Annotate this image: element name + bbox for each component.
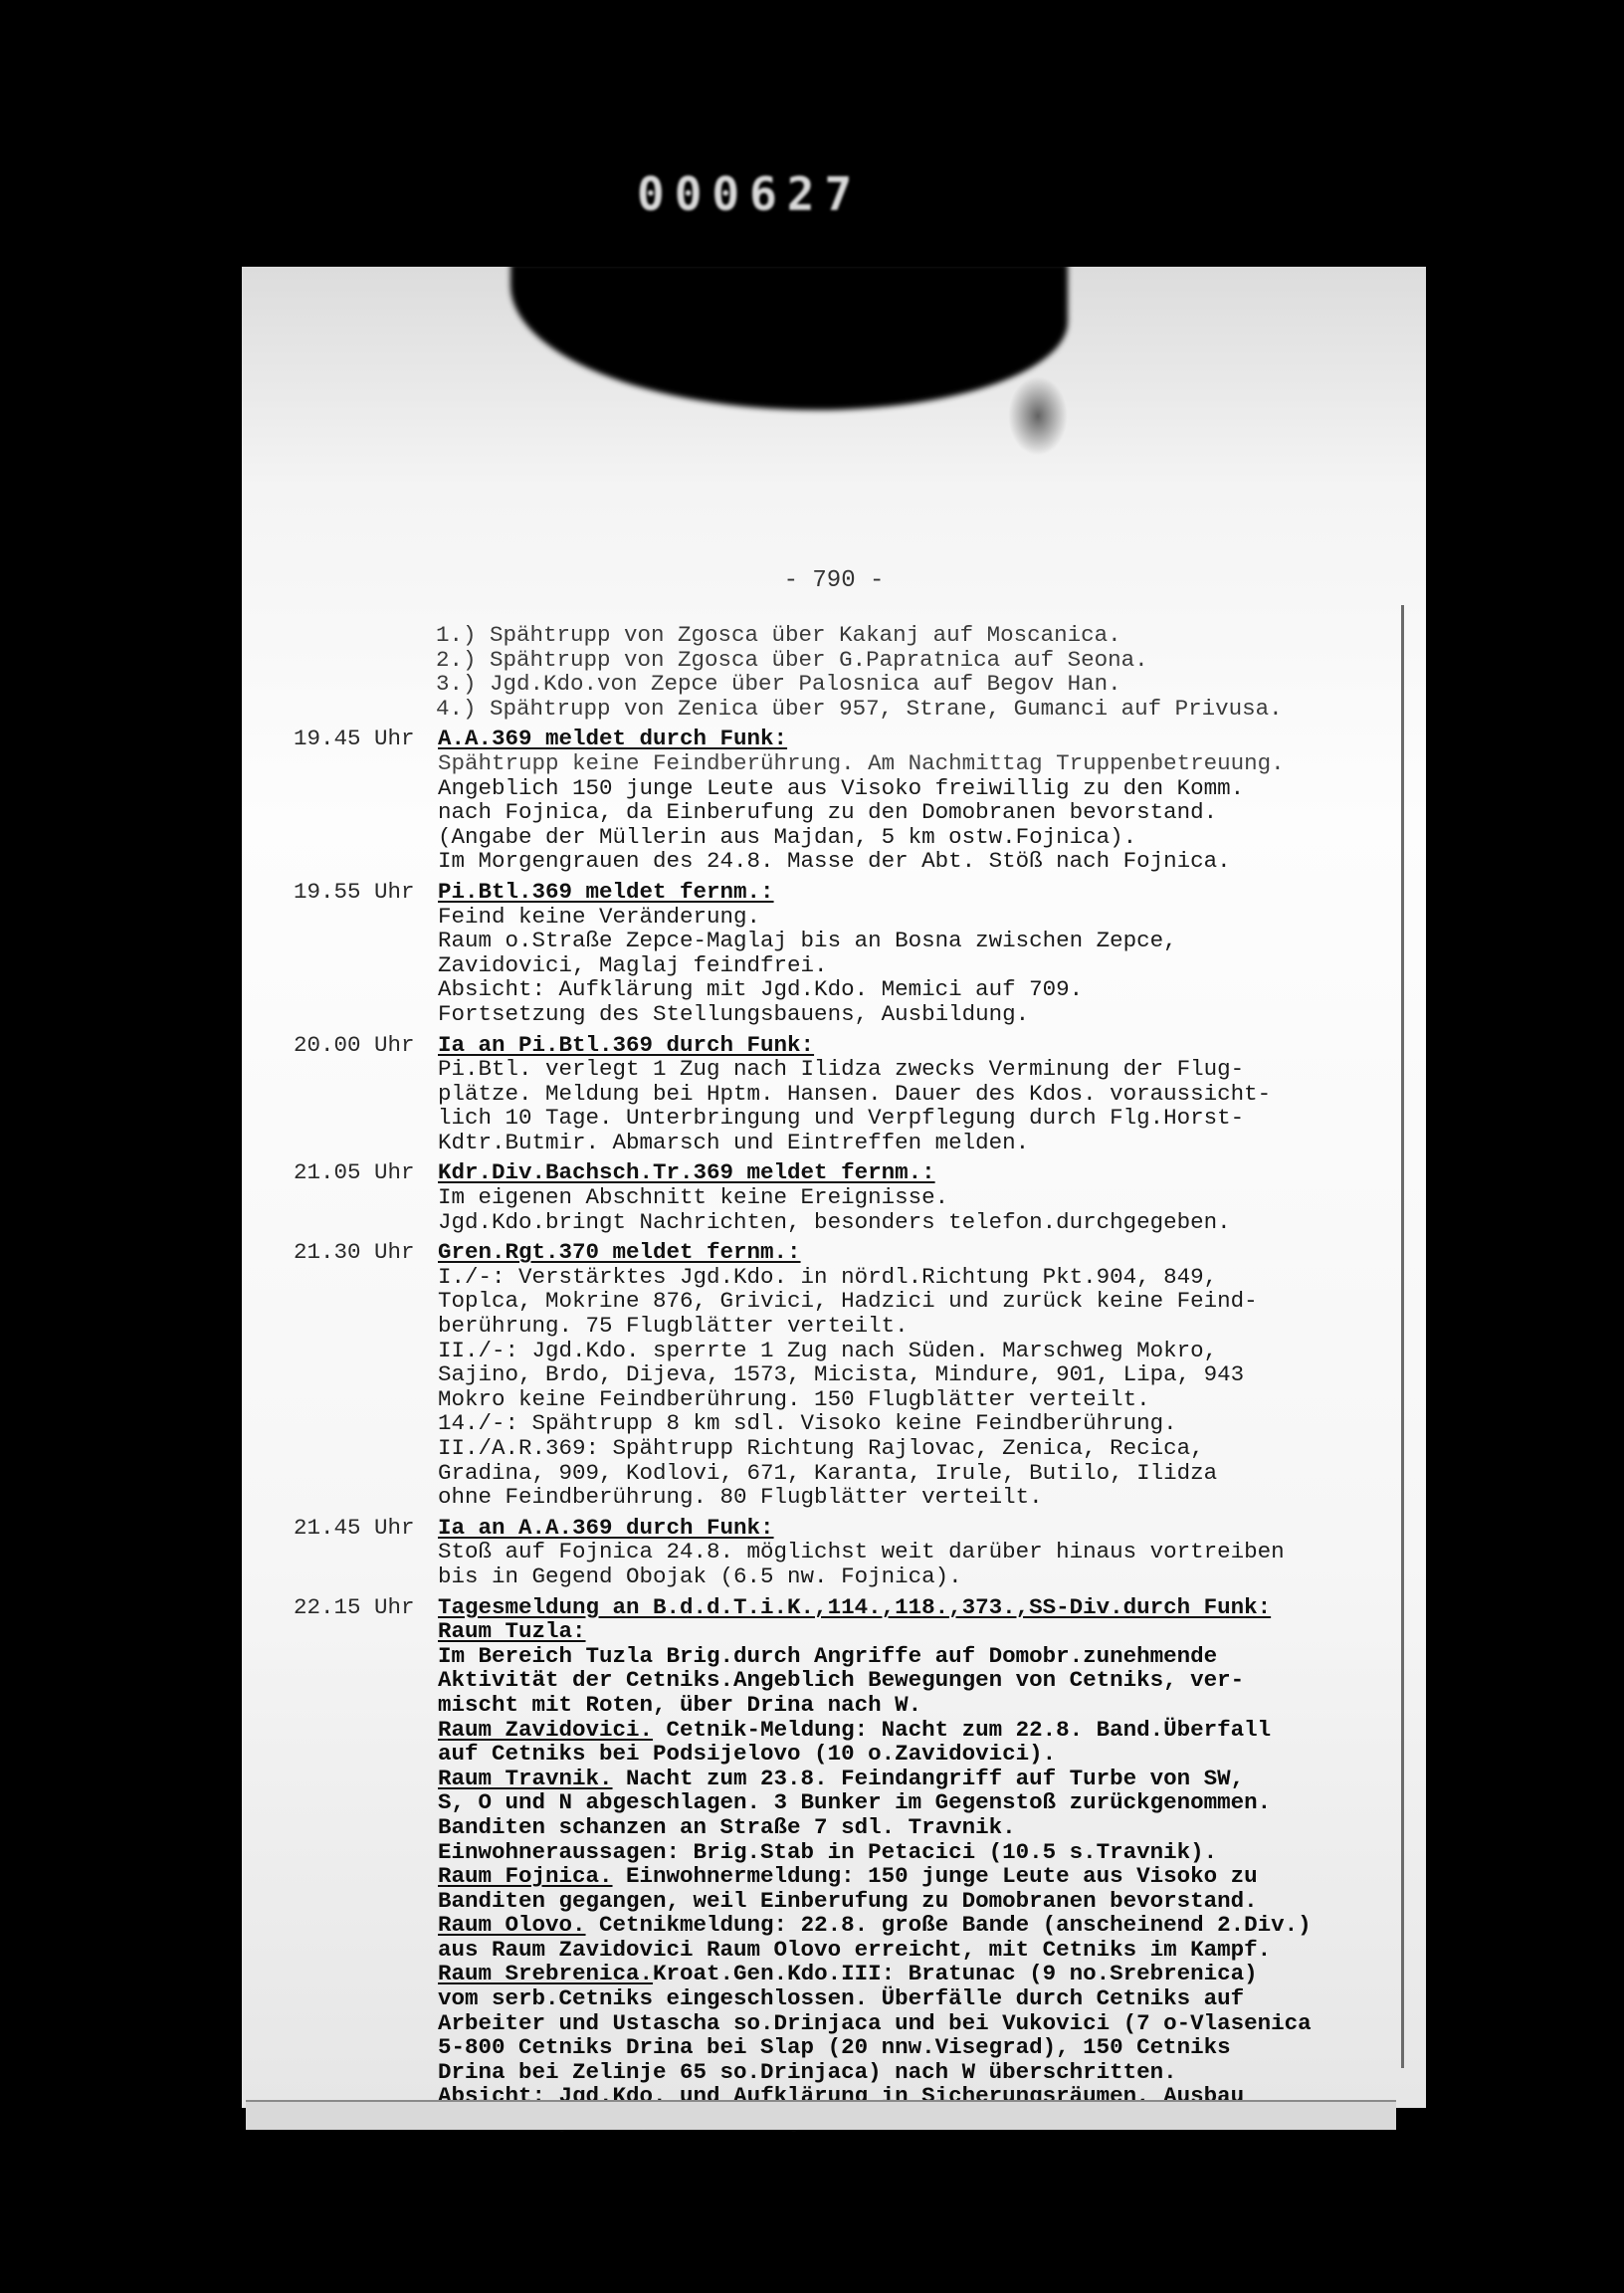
entry-line: Zavidovici, Maglaj feindfrei.	[438, 953, 1398, 978]
entry-line: Toplca, Mokrine 876, Grivici, Hadzici un…	[438, 1289, 1398, 1314]
entry-line: Pi.Btl. verlegt 1 Zug nach Ilidza zwecks…	[438, 1057, 1398, 1082]
entry-time: 20.00 Uhr	[294, 1033, 438, 1155]
entry-heading: A.A.369 meldet durch Funk:	[438, 727, 787, 751]
entry-line: Jgd.Kdo. und Aufklärung in Sicherungsräu…	[545, 2083, 1244, 2109]
entry-heading: Pi.Btl.369 meldet fernm.:	[438, 880, 774, 905]
diary-entry: 22.15 Uhr Tagesmeldung an B.d.d.T.i.K.,1…	[294, 1595, 1398, 2134]
entry-heading: Ia an A.A.369 durch Funk:	[438, 1516, 774, 1541]
entry-time: 21.30 Uhr	[294, 1240, 438, 1510]
entry-time: 19.45 Uhr	[294, 727, 438, 874]
entry-line: berührung. 75 Flugblätter verteilt.	[438, 1314, 1398, 1339]
diary-entry: 20.00 Uhr Ia an Pi.Btl.369 durch Funk: P…	[294, 1033, 1398, 1155]
entry-line: auf Cetniks bei Podsijelovo (10 o.Zavido…	[438, 1742, 1398, 1767]
diary-entry: 21.30 Uhr Gren.Rgt.370 meldet fernm.: I.…	[294, 1240, 1398, 1510]
entry-line: ohne Feindberührung. 80 Flugblätter vert…	[438, 1485, 1398, 1510]
entry-line: lich 10 Tage. Unterbringung und Verpfleg…	[438, 1106, 1398, 1131]
section-label: Raum Tuzla:	[438, 1618, 586, 1644]
war-diary-text: 1.) Spähtrupp von Zgosca über Kakanj auf…	[294, 623, 1398, 2134]
entry-line: Angeblich 150 junge Leute aus Visoko fre…	[438, 776, 1398, 801]
paper-damage-smudge	[1008, 376, 1068, 456]
entry-line: bis in Gegend Obojak (6.5 nw. Fojnica).	[438, 1564, 1398, 1589]
torn-paper-region	[510, 263, 1068, 410]
entry-line: I./-: Verstärktes Jgd.Kdo. in nördl.Rich…	[438, 1265, 1398, 1290]
entry-line: Kdtr.Butmir. Abmarsch und Eintreffen mel…	[438, 1131, 1398, 1155]
diary-entry: 21.05 Uhr Kdr.Div.Bachsch.Tr.369 meldet …	[294, 1160, 1398, 1234]
section-label: Raum Travnik.	[438, 1766, 613, 1791]
entry-line: (Angabe der Müllerin aus Majdan, 5 km os…	[438, 825, 1398, 850]
entry-line: 5-800 Cetniks Drina bei Slap (20 nnw.Vis…	[438, 2035, 1398, 2060]
diary-entry: 21.45 Uhr Ia an A.A.369 durch Funk: Stoß…	[294, 1516, 1398, 1589]
entry-line: S, O und N abgeschlagen. 3 Bunker im Geg…	[438, 1790, 1398, 1815]
list-item: 4.) Spähtrupp von Zenica über 957, Stran…	[436, 697, 1398, 722]
entry-line: mischt mit Roten, über Drina nach W.	[438, 1693, 1398, 1718]
section-label: Raum Olovo.	[438, 1912, 586, 1938]
section-label: Raum Fojnica.	[438, 1863, 613, 1889]
diary-entry: 19.45 Uhr A.A.369 meldet durch Funk: Spä…	[294, 727, 1398, 874]
entry-heading: Kdr.Div.Bachsch.Tr.369 meldet fernm.:	[438, 1160, 935, 1185]
entry-line: 14./-: Spähtrupp 8 km sdl. Visoko keine …	[438, 1411, 1398, 1436]
entry-line: vom serb.Cetniks eingeschlossen. Überfäl…	[438, 1986, 1398, 2011]
entry-time: 21.05 Uhr	[294, 1160, 438, 1234]
entry-time: 21.45 Uhr	[294, 1516, 438, 1589]
entry-line: Im Morgengrauen des 24.8. Masse der Abt.…	[438, 849, 1398, 874]
microfilm-frame-number: 000627	[637, 167, 862, 221]
entry-line: Arbeiter und Ustascha so.Drinjaca und be…	[438, 2011, 1398, 2036]
list-item: 1.) Spähtrupp von Zgosca über Kakanj auf…	[436, 623, 1398, 648]
patrol-list: 1.) Spähtrupp von Zgosca über Kakanj auf…	[436, 623, 1398, 721]
entry-line: Cetnik-Meldung: Nacht zum 22.8. Band.Übe…	[653, 1717, 1271, 1743]
entry-line: Einwohneraussagen: Brig.Stab in Petacici…	[438, 1840, 1398, 1865]
entry-heading: Gren.Rgt.370 meldet fernm.:	[438, 1240, 801, 1265]
entry-line: Feind keine Veränderung.	[438, 905, 1398, 930]
entry-line: Nacht zum 23.8. Feindangriff auf Turbe v…	[613, 1766, 1245, 1791]
entry-heading: Ia an Pi.Btl.369 durch Funk:	[438, 1033, 814, 1058]
list-item: 2.) Spähtrupp von Zgosca über G.Papratni…	[436, 648, 1398, 673]
section-label: Raum Zavidovici.	[438, 1717, 653, 1743]
entry-line: Im Bereich Tuzla Brig.durch Angriffe auf…	[438, 1644, 1398, 1669]
list-item: 3.) Jgd.Kdo.von Zepce über Palosnica auf…	[436, 672, 1398, 697]
entry-line: plätze. Meldung bei Hptm. Hansen. Dauer …	[438, 1082, 1398, 1107]
entry-line: Kroat.Gen.Kdo.III: Bratunac (9 no.Srebre…	[653, 1961, 1258, 1986]
entry-line: Drina bei Zelinje 65 so.Drinjaca) nach W…	[438, 2060, 1398, 2085]
entry-line: Einwohnermeldung: 150 junge Leute aus Vi…	[613, 1863, 1258, 1889]
entry-line: der Stützpunkte, Ausbildung.	[438, 2109, 1398, 2134]
entry-heading: Tagesmeldung an B.d.d.T.i.K.,114.,118.,3…	[438, 1595, 1271, 1620]
entry-line: nach Fojnica, da Einberufung zu den Domo…	[438, 800, 1398, 825]
entry-line: Raum o.Straße Zepce-Maglaj bis an Bosna …	[438, 929, 1398, 953]
entry-line: Sajino, Brdo, Dijeva, 1573, Micista, Min…	[438, 1362, 1398, 1387]
entry-line: Cetnikmeldung: 22.8. große Bande (ansche…	[586, 1912, 1312, 1938]
entry-line: Spähtrupp keine Feindberührung. Am Nachm…	[438, 751, 1398, 776]
section-label: Raum Srebrenica.	[438, 1961, 653, 1986]
entry-line: Gradina, 909, Kodlovi, 671, Karanta, Iru…	[438, 1461, 1398, 1486]
page-number: - 790 -	[242, 567, 1426, 594]
entry-line: Jgd.Kdo.bringt Nachrichten, besonders te…	[438, 1210, 1398, 1235]
entry-line: II./A.R.369: Spähtrupp Richtung Rajlovac…	[438, 1436, 1398, 1461]
margin-rule	[1401, 605, 1404, 2068]
diary-entry: 19.55 Uhr Pi.Btl.369 meldet fernm.: Fein…	[294, 880, 1398, 1027]
entry-line: Stoß auf Fojnica 24.8. möglichst weit da…	[438, 1540, 1398, 1564]
entry-line: Mokro keine Feindberührung. 150 Flugblät…	[438, 1387, 1398, 1412]
document-page: - 790 - 1.) Spähtrupp von Zgosca über Ka…	[242, 267, 1426, 2108]
entry-line: Banditen gegangen, weil Einberufung zu D…	[438, 1889, 1398, 1914]
entry-line: aus Raum Zavidovici Raum Olovo erreicht,…	[438, 1938, 1398, 1963]
entry-line: Aktivität der Cetniks.Angeblich Bewegung…	[438, 1668, 1398, 1693]
entry-line: Banditen schanzen an Straße 7 sdl. Travn…	[438, 1815, 1398, 1840]
section-label: Absicht:	[438, 2083, 545, 2109]
entry-time: 19.55 Uhr	[294, 880, 438, 1027]
entry-line: Fortsetzung des Stellungsbauens, Ausbild…	[438, 1002, 1398, 1027]
entry-line: II./-: Jgd.Kdo. sperrte 1 Zug nach Süden…	[438, 1339, 1398, 1363]
entry-line: Absicht: Aufklärung mit Jgd.Kdo. Memici …	[438, 977, 1398, 1002]
entry-time: 22.15 Uhr	[294, 1595, 438, 2134]
entry-line: Im eigenen Abschnitt keine Ereignisse.	[438, 1185, 1398, 1210]
